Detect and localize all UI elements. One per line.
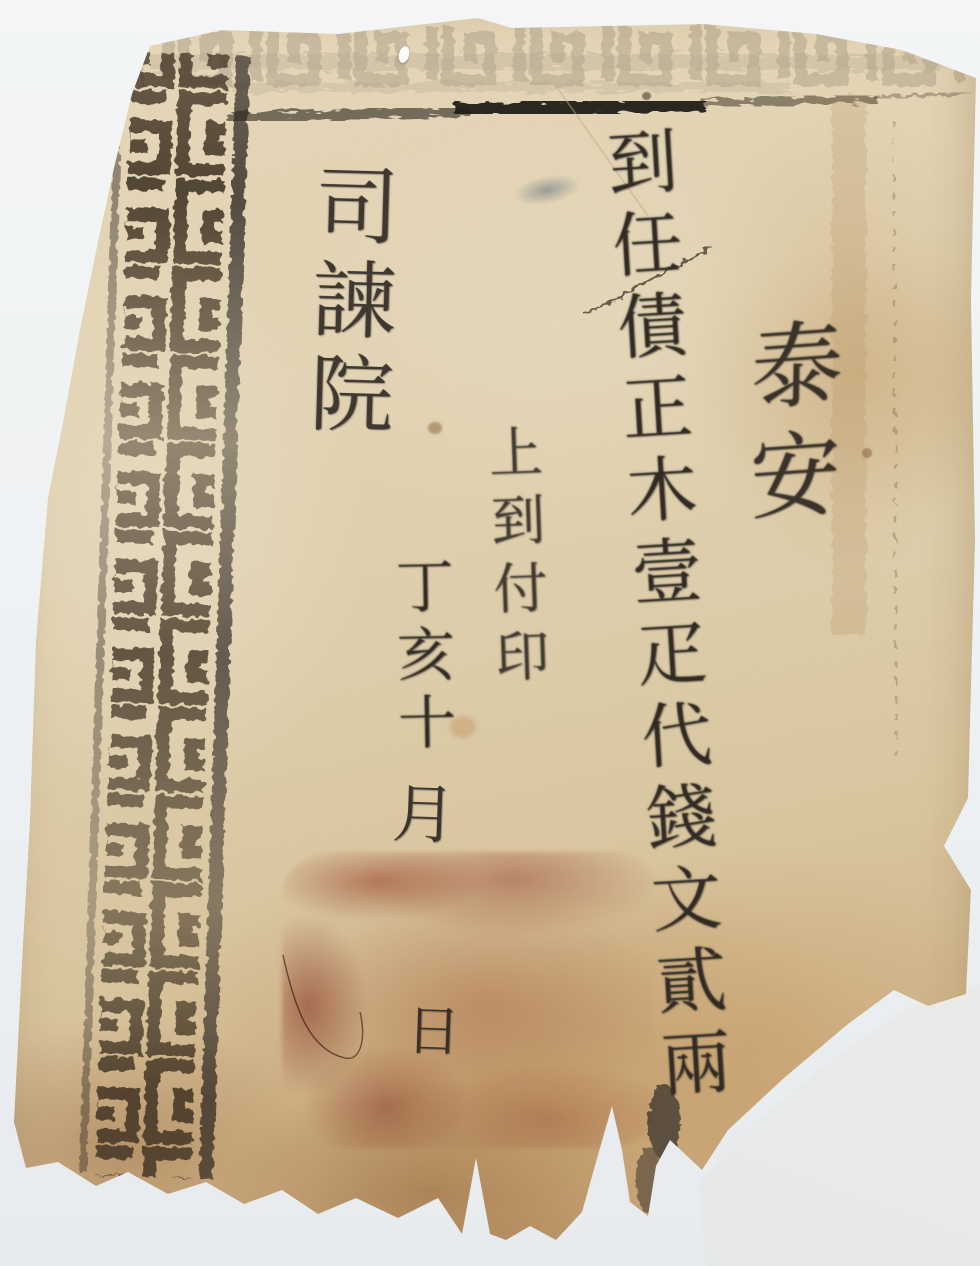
stain-speck	[428, 422, 442, 434]
stain-speck	[450, 716, 476, 738]
printed-office-title: 司諫院	[302, 161, 394, 445]
handwritten-date: 丁亥十	[390, 556, 452, 761]
handwritten-annotation: 上到付印	[483, 423, 546, 697]
handwritten-place-name: 泰安	[740, 314, 836, 541]
stain-speck	[862, 448, 872, 458]
printed-month-character: 月	[385, 779, 451, 845]
photo-of-historical-document: 司諫院 月 日 泰安 到任債正木壹疋代錢文貳兩 上到付印 丁亥十	[0, 0, 980, 1266]
red-seal-stamp	[282, 852, 654, 1148]
stain-speck	[642, 92, 651, 100]
